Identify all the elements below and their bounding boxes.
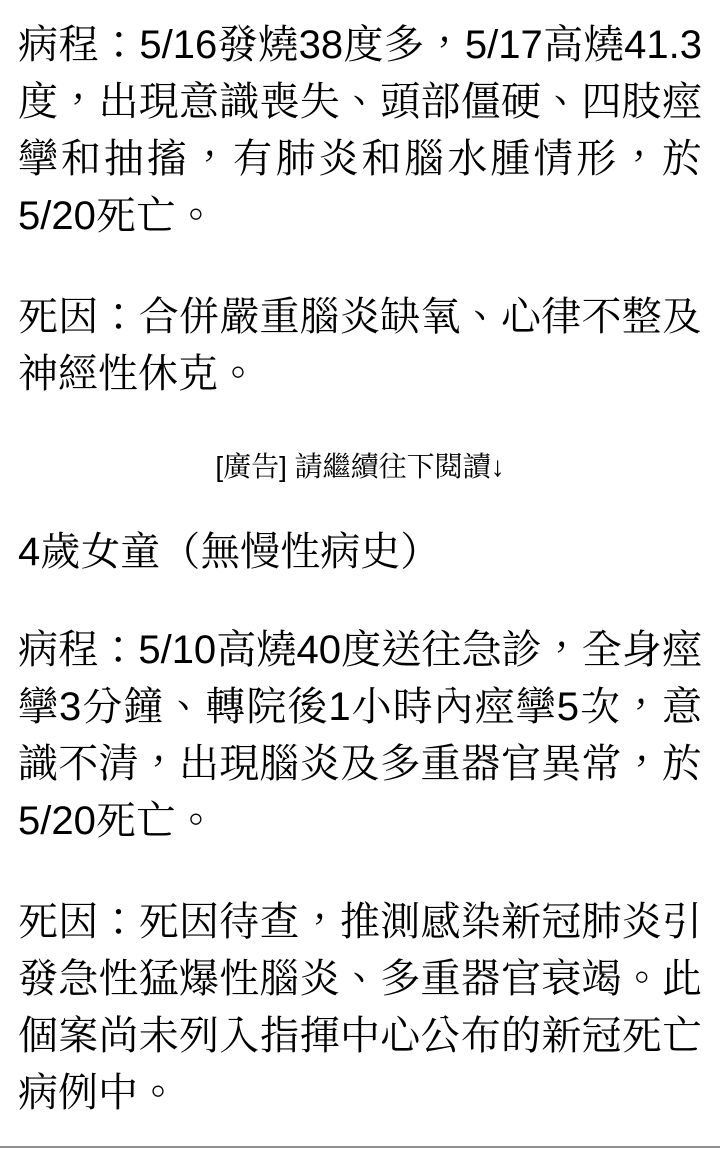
paragraph-case1-cause-of-death: 死因：合併嚴重腦炎缺氧、心律不整及神經性休克。 xyxy=(18,289,702,403)
article-body: 病程：5/16發燒38度多，5/17高燒41.3度，出現意識喪失、頭部僵硬、四肢… xyxy=(0,0,720,1122)
ad-continue-reading-notice: [廣告] 請繼續往下閱讀↓ xyxy=(18,447,702,487)
paragraph-case1-course: 病程：5/16發燒38度多，5/17高燒41.3度，出現意識喪失、頭部僵硬、四肢… xyxy=(18,17,702,245)
case2-heading: 4歲女童（無慢性病史） xyxy=(18,524,702,581)
paragraph-case2-course: 病程：5/10高燒40度送往急診，全身痙攣3分鐘、轉院後1小時內痙攣5次，意識不… xyxy=(18,622,702,850)
bottom-divider xyxy=(0,1146,720,1148)
paragraph-case2-cause-of-death: 死因：死因待查，推測感染新冠肺炎引發急性猛爆性腦炎、多重器官衰竭。此個案尚未列入… xyxy=(18,894,702,1122)
article-page: { "theme": { "background_color": "#fffff… xyxy=(0,0,720,1151)
